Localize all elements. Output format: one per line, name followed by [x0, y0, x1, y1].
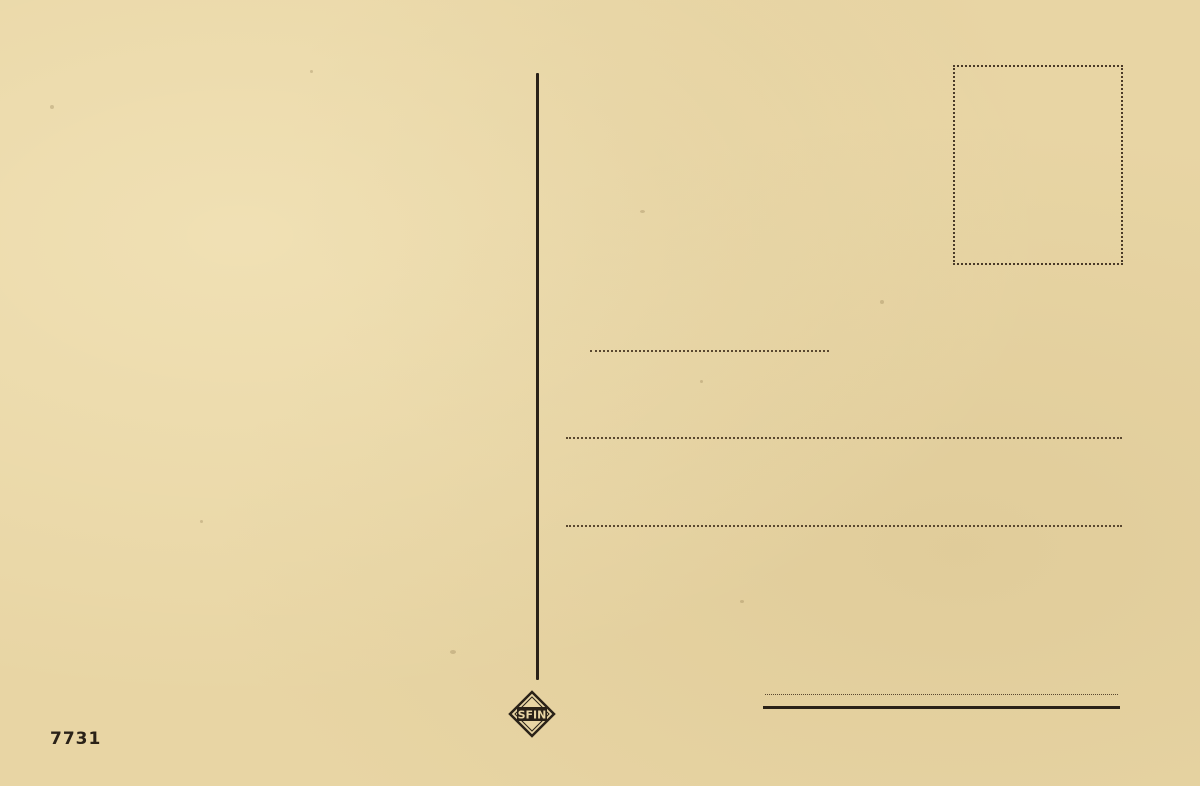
serial-number: 7731 — [50, 729, 101, 749]
address-line-1 — [590, 350, 829, 352]
paper-speck — [740, 600, 744, 603]
stamp-placement-box — [953, 65, 1123, 265]
address-line-4 — [765, 694, 1118, 695]
paper-speck — [50, 105, 54, 109]
diamond-monogram-logo-icon: SFIN — [508, 690, 556, 738]
paper-speck — [450, 650, 456, 654]
address-underline — [763, 706, 1120, 709]
paper-speck — [640, 210, 645, 213]
message-address-divider — [536, 73, 539, 680]
paper-speck — [700, 380, 703, 383]
logo-monogram: SFIN — [518, 709, 547, 722]
paper-speck — [310, 70, 313, 73]
address-line-2 — [566, 437, 1122, 439]
postcard-back: SFIN 7731 — [0, 0, 1200, 786]
address-line-3 — [566, 525, 1122, 527]
paper-speck — [200, 520, 203, 523]
paper-speck — [880, 300, 884, 304]
